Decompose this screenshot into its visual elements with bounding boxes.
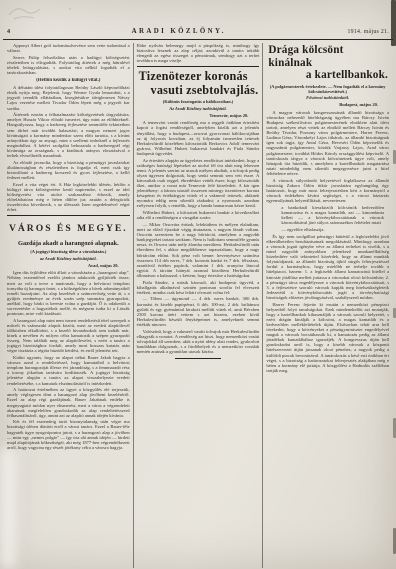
article-subhead: (Különös fosztogatás a hálókocsiban.) <box>137 99 260 104</box>
crosshead-kulugyi-vita: (Hétfőn kezdik a külügyi vitát.) <box>7 78 130 83</box>
paragraph: Kitűnt ugyanis, hogy az alapot néhai Bau… <box>7 355 130 386</box>
column-layout: Apponyi Albert gróf tudomásulvevésre sem… <box>4 43 392 568</box>
paragraph: — Tőlem — úgymond — 4 drb. ezres bankót,… <box>137 296 260 327</box>
paragraph: Az előadó javasolta, hogy a bizottság a … <box>7 160 130 180</box>
paragraph: Wilhelmi Hubert, a kifosztott bukaresti … <box>137 210 260 220</box>
paragraph: A határozat értelmében az ügyet a közgyű… <box>7 387 130 418</box>
section-title-varos-es-megye: VÁROS ÉS MEGYE. <box>7 223 130 234</box>
paragraph: A temesvári vasúti rendőrség ma a reggel… <box>137 120 260 156</box>
paragraph: Apponyi Albert gróf tudomásulvevésre sem… <box>7 43 130 53</box>
column-3: Drága kölcsönt kinálnak a kartellbankok.… <box>262 43 392 568</box>
article-headline-harangozo-alap: Gazdája akadt a harangozó alapnak. <box>7 240 130 247</box>
paragraph: Két és fél esztendeig tartó bizonytalans… <box>7 419 130 450</box>
article-headline-zsebtolvajlas: Tizenötezer koronás vasuti zsebtolvajlás… <box>137 70 260 97</box>
column-2: Ebbe nyilván belemegy majd a püspökség i… <box>133 43 263 568</box>
pencil-scribble-artifact <box>6 1 86 23</box>
paragraph: Áttérnek ezután a felhatalmazási költség… <box>7 112 130 158</box>
paragraph: Serres Fülöp felszólalása után a hadügyi… <box>7 55 130 75</box>
paragraph: Ezzel a vita véget ért. A Ház legközeleb… <box>7 182 130 213</box>
article-dateline-temesvar: Temesvár, május 20. <box>137 113 260 118</box>
kartellbankok-body-first: A magyar városok kongresszusának állandó… <box>266 110 389 203</box>
page-number: 4 <box>7 28 10 35</box>
paragraph: Harrer Ferenc fejtette ki ezután a nemze… <box>266 302 389 373</box>
paragraph: A harangozó alap mint nem ismert rendelt… <box>7 318 130 354</box>
parliament-report-end: Apponyi Albert gróf tudomásulvevésre sem… <box>7 43 130 75</box>
article-subhead: (A jogügyi bizottság ülése a városházán.… <box>7 249 130 254</box>
article-byline: az Aradi Közlöny tudósítójától. <box>7 256 130 261</box>
section-divider-rule <box>7 215 130 216</box>
article-dateline-arad: Arad, május 20. <box>7 263 130 268</box>
paragraph: És így nem szolgálhat pénzügyi háttérül … <box>266 234 389 300</box>
paragraph: A magyar városok kongresszusának állandó… <box>266 110 389 176</box>
article-end-rule <box>175 358 221 359</box>
parliament-afternoon-session: A délutáni ülést folytatólagosan Beöthy … <box>7 85 130 212</box>
masthead-rule <box>3 39 393 40</box>
paragraph: A délutáni ülést folytatólagosan Beöthy … <box>7 85 130 110</box>
paragraph: — egyelőre elhalasztja. <box>281 227 384 232</box>
newspaper-title: ARADI KÖZLÖNY. <box>132 28 226 35</box>
issue-date: 1914. május 21. <box>347 29 389 35</box>
kartellbankok-body-second: És így nem szolgálhat pénzügyi háttérül … <box>266 234 389 373</box>
paragraph: Fiala Sándor, a másik károsult, aki buda… <box>137 280 260 295</box>
zsebtolvajlas-body: A temesvári vasúti rendőrség ma a reggel… <box>137 120 260 354</box>
article-byline: Az Aradi Közlöny tudósítójától. <box>137 106 260 111</box>
paragraph: a bankoknál kieszközölt kölcsönök kedvez… <box>281 205 384 225</box>
masthead: 4 ARADI KÖZLÖNY. 1914. május 21. <box>7 28 389 35</box>
paragraph: Ebbe nyilván belemegy majd a püspökség i… <box>137 43 260 63</box>
column-1: Apponyi Albert gróf tudomásulvevésre sem… <box>4 43 133 568</box>
resolution-quote-block: a bankoknál kieszközölt kölcsönök kedvez… <box>281 205 384 232</box>
paragraph: — Mikor Orsovára értünk, lefeküdtem és m… <box>137 222 260 278</box>
paragraph: A városok súlyosbodó helyzetével foglalk… <box>266 178 389 203</box>
article-top-rule <box>137 66 260 67</box>
article-headline-kartellbankok: Drága kölcsönt kinálnak a kartellbankok. <box>266 44 389 82</box>
headline-line-2: vasuti zsebtolvajlás. <box>137 84 260 98</box>
article-subhead: (A polgármesterek értekezlete. — Nem fog… <box>266 84 389 94</box>
headline-line-1: Tizenötezer koronás <box>137 70 260 84</box>
article-byline: Fővárosi tudósítónktól. <box>266 95 389 100</box>
newspaper-page: 4 ARADI KÖZLÖNY. 1914. május 21. Apponyi… <box>0 0 396 569</box>
headline-line-2: a kartellbankok. <box>266 69 389 82</box>
headline-line-1: Drága kölcsönt kinálnak <box>266 44 389 69</box>
harangozo-alap-body: Igen dús fejlődése előtt állott a városh… <box>7 270 130 450</box>
paragraph: Valószínű, hogy a vakmerő vasúti tolvajo… <box>137 329 260 354</box>
paragraph: Az értesítés alapján az ügyeletes rendőr… <box>137 158 260 209</box>
paragraph: Igen dús fejlődése előtt állott a városh… <box>7 270 130 316</box>
article-dateline-budapest: Budapest, május 20. <box>266 102 389 107</box>
carryover-paragraph: Ebbe nyilván belemegy majd a püspökség i… <box>137 43 260 63</box>
